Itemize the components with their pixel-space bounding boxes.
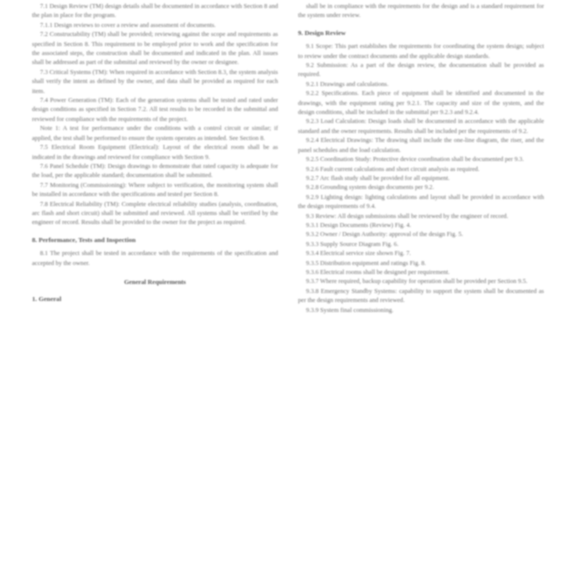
list-item: 9.2.1 Drawings and calculations. (298, 80, 544, 89)
paragraph: 7.3 Critical Systems (TM): When required… (32, 68, 278, 96)
paragraph: 7.5 Electrical Room Equipment (Electrica… (32, 143, 278, 162)
paragraph: 9.2.4 Electrical Drawings: The drawing s… (298, 136, 544, 155)
list-item: 9.3.5 Distribution equipment and ratings… (298, 259, 544, 268)
paragraph: 7.1.1 Design reviews to cover a review a… (32, 21, 278, 30)
list-item: 9.3.3 Supply Source Diagram Fig. 6. (298, 240, 544, 249)
list-item: 9.3.9 System final commissioning. (298, 306, 544, 315)
paragraph: 7.7 Monitoring (Commissioning): Where su… (32, 181, 278, 200)
paragraph: 9.3.8 Emergency Standby Systems: capabil… (298, 287, 544, 306)
list-item: 9.2.6 Fault current calculations and sho… (298, 165, 544, 174)
list-item: 9.3.6 Electrical rooms shall be designed… (298, 268, 544, 277)
paragraph: 7.4 Power Generation (TM): Each of the g… (32, 96, 278, 124)
paragraph: 9.2.3 Load Calculation: Design loads sha… (298, 117, 544, 136)
right-column: shall be in compliance with the requirem… (298, 2, 544, 315)
paragraph: 9.1 Scope: This part establishes the req… (298, 42, 544, 61)
paragraph: 9.3 Review: All design submissions shall… (298, 212, 544, 221)
list-item: 9.3.2 Owner / Design Authority: approval… (298, 230, 544, 239)
left-column: 7.1 Design Review (TM) design details sh… (32, 2, 278, 309)
paragraph: 9.3.7 Where required, backup capability … (298, 277, 544, 286)
paragraph: 8.1 The project shall be tested in accor… (32, 249, 278, 268)
section-label: 1. General (32, 295, 278, 304)
list-item: 9.2.5 Coordination Study: Protective dev… (298, 155, 544, 164)
paragraph: 7.8 Electrical Reliability (TM): Complet… (32, 200, 278, 228)
list-item: 9.3.1 Design Documents (Review) Fig. 4. (298, 221, 544, 230)
list-item: 9.2.8 Grounding system design documents … (298, 183, 544, 192)
paragraph: 7.2 Constructability (TM) shall be provi… (32, 30, 278, 68)
section-heading: 9. Design Review (298, 29, 544, 38)
paragraph: Note 1: A test for performance under the… (32, 124, 278, 143)
list-item: 9.3.4 Electrical service size shown Fig.… (298, 249, 544, 258)
paragraph: 9.2 Submission: As a part of the design … (298, 61, 544, 80)
paragraph: 7.6 Panel Schedule (TM): Design drawings… (32, 162, 278, 181)
paragraph: 9.2.9 Lighting design: lighting calculat… (298, 193, 544, 212)
section-heading: 8. Performance, Tests and Inspection (32, 236, 278, 245)
paragraph: 9.2.2 Specifications. Each piece of equi… (298, 89, 544, 117)
subsection-heading: General Requirements (32, 278, 278, 287)
paragraph: 7.1 Design Review (TM) design details sh… (32, 2, 278, 21)
list-item: 9.2.7 Arc flash study shall be provided … (298, 174, 544, 183)
document-page: 7.1 Design Review (TM) design details sh… (0, 0, 570, 570)
paragraph: shall be in compliance with the requirem… (298, 2, 544, 21)
